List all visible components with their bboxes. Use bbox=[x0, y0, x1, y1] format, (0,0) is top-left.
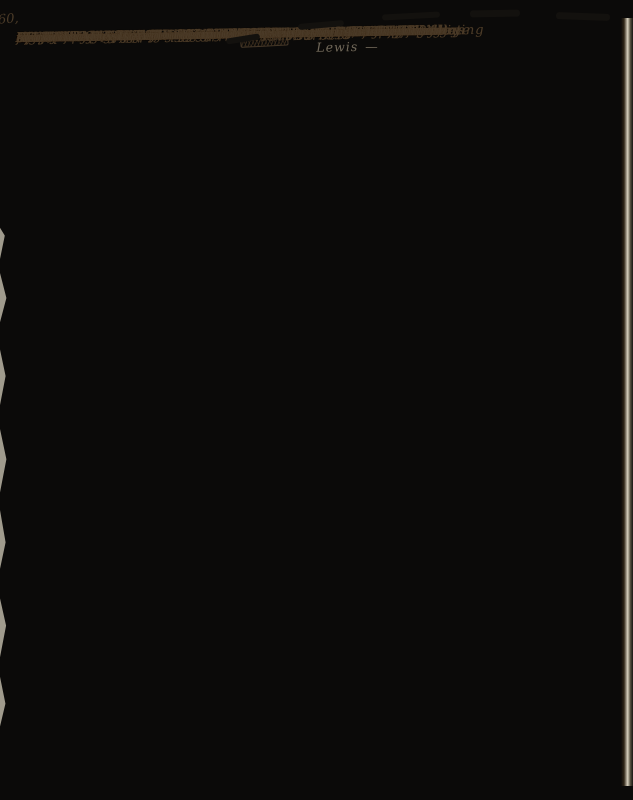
torn-left-edge bbox=[0, 220, 8, 740]
book-photo: 60, Ann Jane Griffin, daughters of Linus… bbox=[0, 0, 633, 800]
page-top-gap bbox=[382, 11, 440, 20]
page-number: 60, bbox=[0, 11, 19, 27]
handwritten-text: Ann Jane Griffin, daughters of Linus & O… bbox=[16, 22, 472, 30]
facing-page-edge bbox=[621, 18, 633, 786]
page-top-gap bbox=[556, 12, 610, 21]
page-top-gap bbox=[470, 10, 520, 18]
